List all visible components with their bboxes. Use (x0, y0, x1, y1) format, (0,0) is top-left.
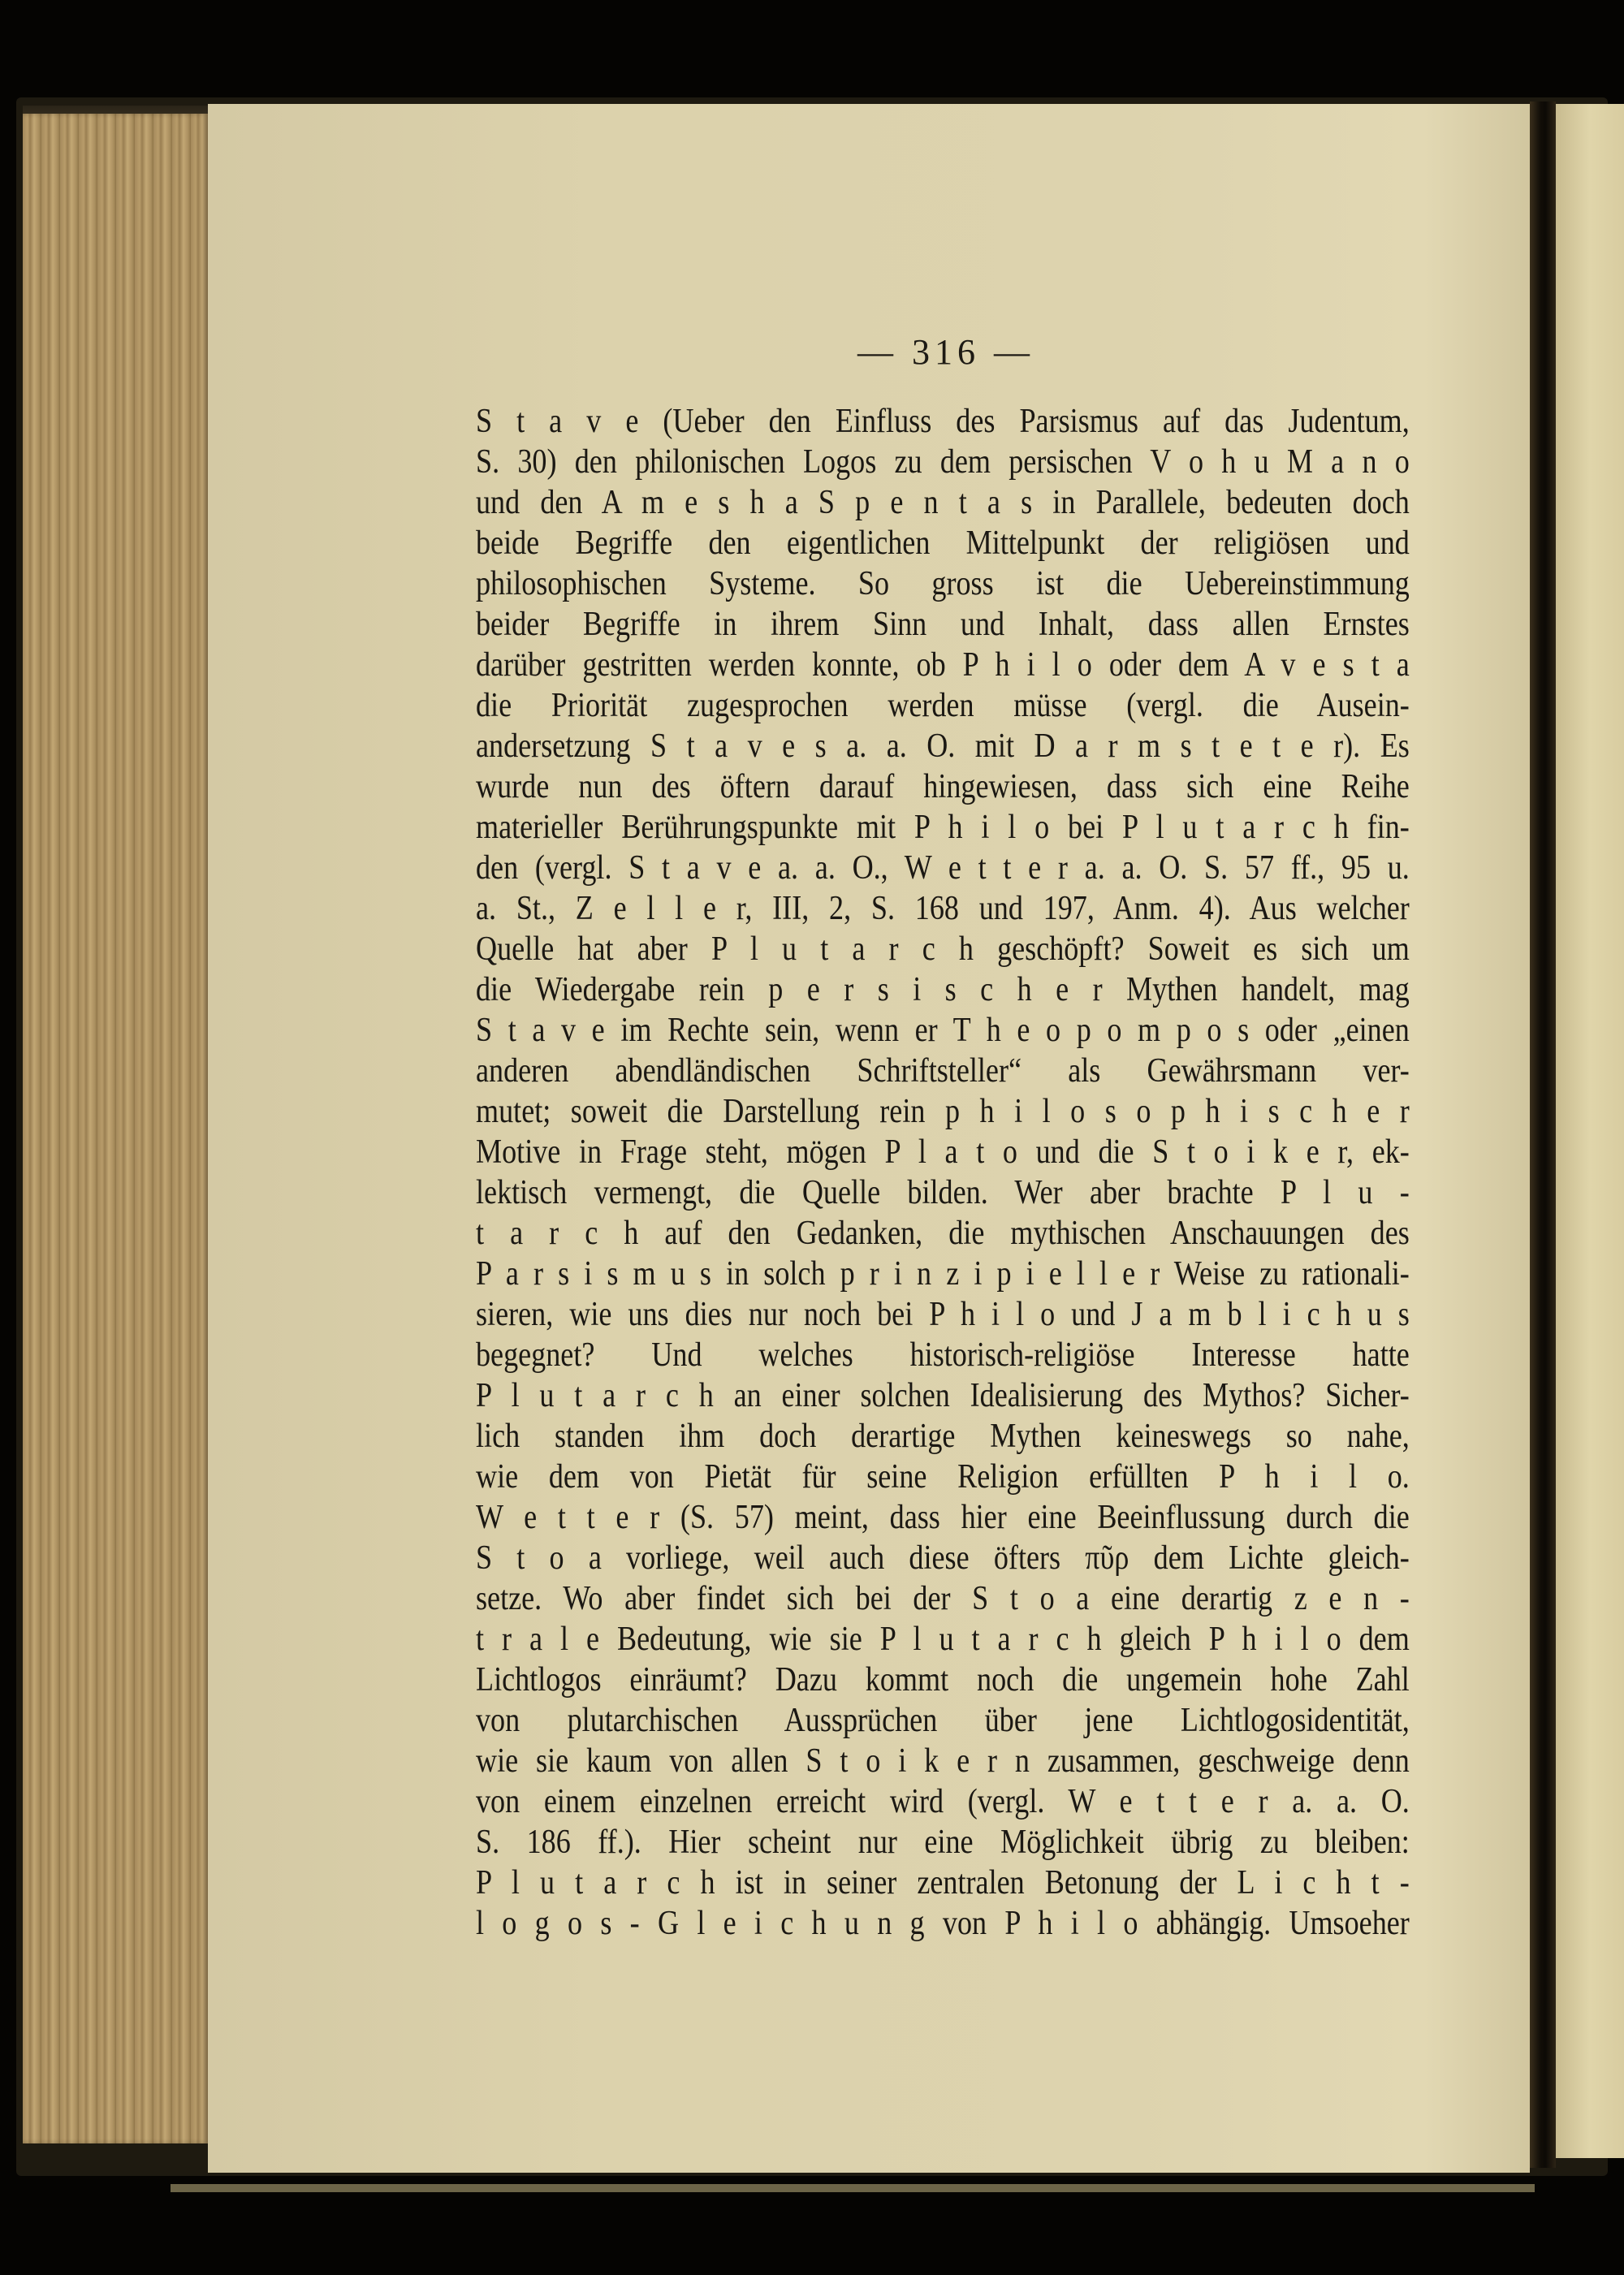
text-line: P a r s i s m u s in solch p r i n z i p… (476, 1254, 1410, 1294)
page-stack-edges (23, 114, 208, 2143)
text-line: die Priorität zugesprochen werden müsse … (476, 685, 1410, 726)
text-line: l o g o s - G l e i c h u n g von P h i … (476, 1903, 1410, 1944)
text-line: setze. Wo aber findet sich bei der S t o… (476, 1578, 1410, 1619)
text-line: a. St., Z e l l e r, III, 2, S. 168 und … (476, 888, 1410, 929)
text-line: darüber gestritten werden konnte, ob P h… (476, 645, 1410, 685)
text-line: mutet; soweit die Darstellung rein p h i… (476, 1091, 1410, 1132)
text-line: Motive in Frage steht, mögen P l a t o u… (476, 1132, 1410, 1172)
text-line: S. 30) den philonischen Logos zu dem per… (476, 442, 1410, 482)
text-line: lich standen ihm doch derartige Mythen k… (476, 1416, 1410, 1457)
text-line: philosophischen Systeme. So gross ist di… (476, 563, 1410, 604)
text-line: von plutarchischen Aussprüchen über jene… (476, 1700, 1410, 1741)
text-line: wurde nun des öftern darauf hingewiesen,… (476, 766, 1410, 807)
text-line: t r a l e Bedeutung, wie sie P l u t a r… (476, 1619, 1410, 1660)
body-text: S t a v e (Ueber den Einfluss des Parsis… (476, 401, 1410, 1944)
text-line: beide Begriffe den eigentlichen Mittelpu… (476, 523, 1410, 563)
text-line: andersetzung S t a v e s a. a. O. mit D … (476, 726, 1410, 766)
text-line: begegnet? Und welches historisch-religiö… (476, 1335, 1410, 1375)
text-line: sieren, wie uns dies nur noch bei P h i … (476, 1294, 1410, 1335)
text-line: materieller Berührungspunkte mit P h i l… (476, 807, 1410, 848)
text-line: S t o a vorliege, weil auch diese öfters… (476, 1538, 1410, 1578)
text-line: beider Begriffe in ihrem Sinn und Inhalt… (476, 604, 1410, 645)
text-line: anderen abendländischen Schriftsteller“ … (476, 1051, 1410, 1091)
text-line: S t a v e (Ueber den Einfluss des Parsis… (476, 401, 1410, 442)
text-line: W e t t e r (S. 57) meint, dass hier ein… (476, 1497, 1410, 1538)
facing-page-edge (1556, 104, 1624, 2158)
text-line: Lichtlogos einräumt? Dazu kommt noch die… (476, 1660, 1410, 1700)
text-line: P l u t a r c h an einer solchen Idealis… (476, 1375, 1410, 1416)
text-line: wie sie kaum von allen S t o i k e r n z… (476, 1741, 1410, 1781)
text-line: S. 186 ff.). Hier scheint nur eine Mögli… (476, 1822, 1410, 1863)
text-line: lektisch vermengt, die Quelle bilden. We… (476, 1172, 1410, 1213)
text-line: S t a v e im Rechte sein, wenn er T h e … (476, 1010, 1410, 1051)
text-line: Quelle hat aber P l u t a r c h geschöpf… (476, 929, 1410, 969)
page-header: — 316 — (0, 331, 1624, 373)
text-line: die Wiedergabe rein p e r s i s c h e r … (476, 969, 1410, 1010)
text-line: von einem einzelnen erreicht wird (vergl… (476, 1781, 1410, 1822)
book-gutter (1530, 101, 1556, 2168)
text-line: den (vergl. S t a v e a. a. O., W e t t … (476, 848, 1410, 888)
text-line: P l u t a r c h ist in seiner zentralen … (476, 1863, 1410, 1903)
text-line: t a r c h auf den Gedanken, die mythisch… (476, 1213, 1410, 1254)
page-number: — 316 — (857, 331, 1034, 373)
text-line: und den A m e s h a S p e n t a s in Par… (476, 482, 1410, 523)
page-bottom-edge (171, 2184, 1535, 2192)
text-line: wie dem von Pietät für seine Religion er… (476, 1457, 1410, 1497)
